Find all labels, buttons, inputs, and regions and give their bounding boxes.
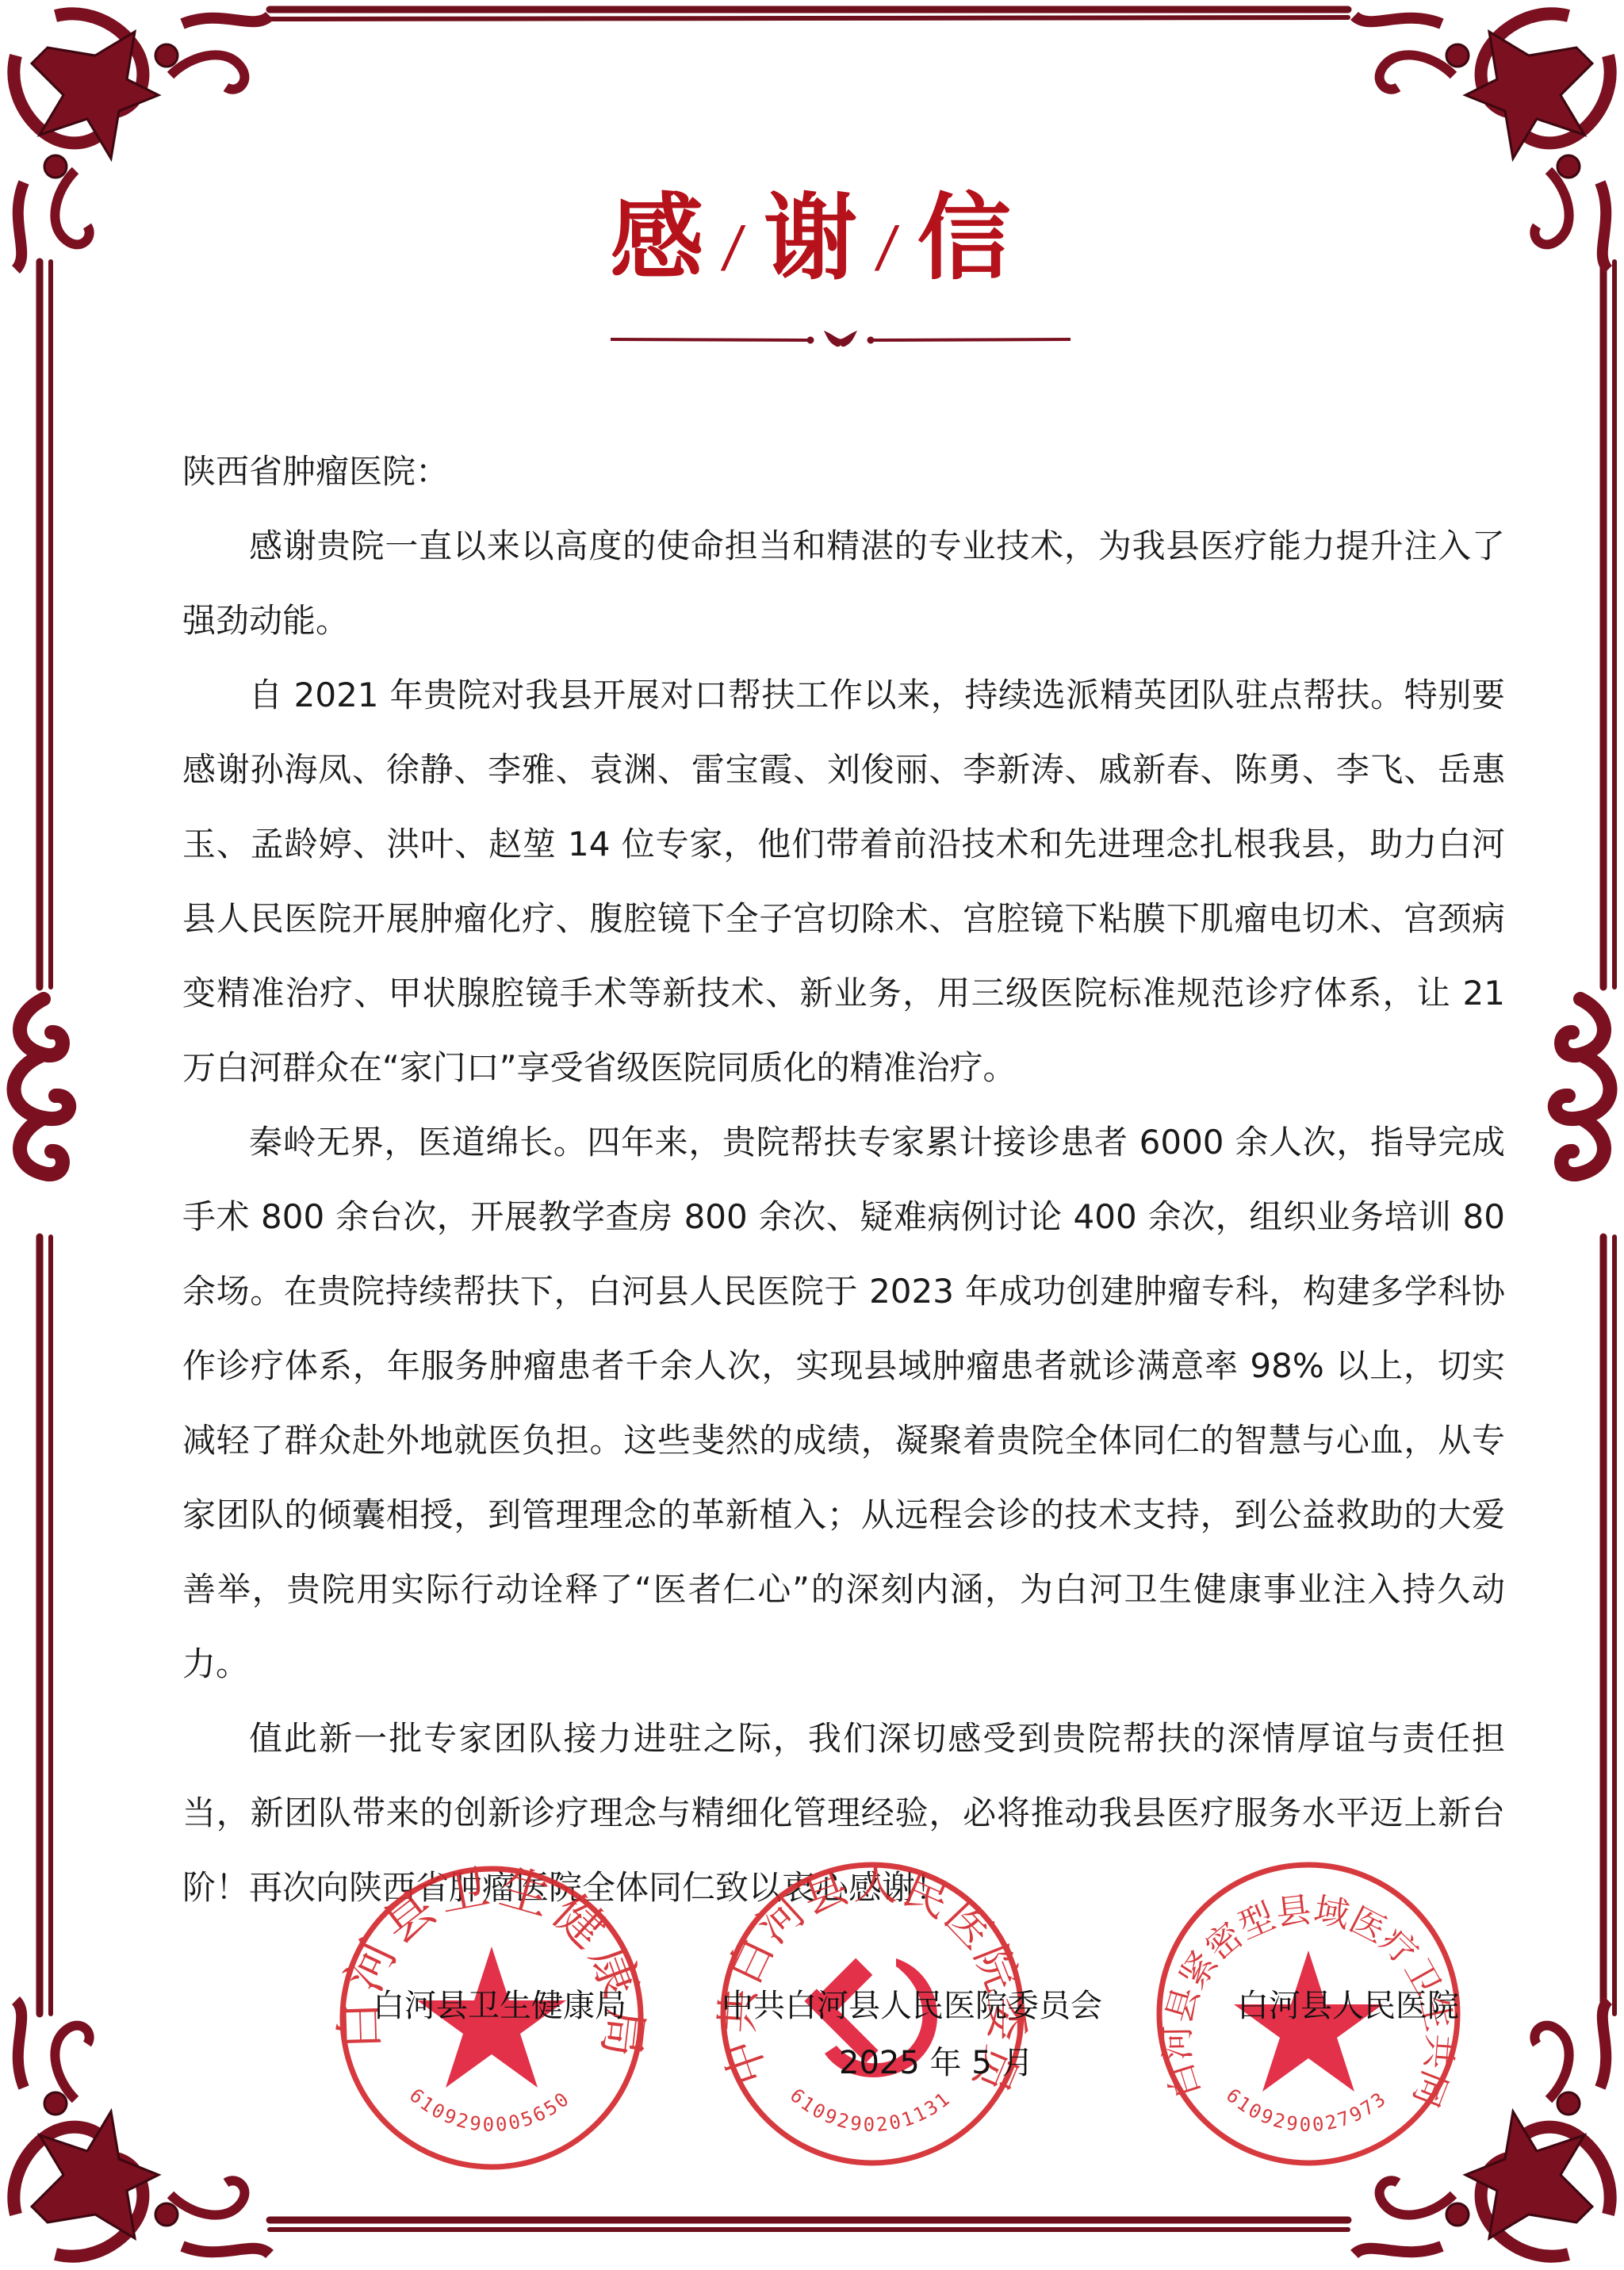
corner-ornament-bottom-left (13, 2000, 270, 2257)
paragraph-1: 感谢贵院一直以来以高度的使命担当和精湛的专业技术，为我县医疗能力提升注入了强劲动… (182, 509, 1505, 658)
title-char-1: 感 (610, 178, 707, 297)
signature-party-committee: 中共白河县人民医院委员会 (722, 1982, 1102, 2030)
signature-health-bureau: 白河县卫生健康局 (373, 1982, 626, 2030)
title-separator: / (869, 187, 908, 306)
title-separator: / (716, 187, 755, 306)
letter-title: 感/谢/信 (0, 178, 1624, 311)
paragraph-3: 秦岭无界，医道绵长。四年来，贵院帮扶专家累计接诊患者 6000 余人次，指导完成… (182, 1105, 1505, 1702)
side-scroll-left (14, 999, 70, 1174)
title-divider-ornament (611, 327, 1071, 352)
addressee: 陕西省肿瘤医院： (182, 434, 1505, 509)
title-char-2: 谢 (764, 178, 860, 297)
title-char-3: 信 (917, 178, 1014, 297)
seal-code: 6109290005650 (405, 2084, 575, 2136)
letter-body: 陕西省肿瘤医院： 感谢贵院一直以来以高度的使命担当和精湛的专业技术，为我县医疗能… (182, 434, 1505, 1925)
signature-row: 白河县卫生健康局 中共白河县人民医院委员会 白河县人民医院 (0, 1982, 1624, 2030)
letter-date: 2025 年 5 月 (839, 2039, 1033, 2087)
seal-code: 6109290201131 (786, 2084, 956, 2136)
paragraph-2: 自 2021 年贵院对我县开展对口帮扶工作以来，持续选派精英团队驻点帮扶。特别要… (182, 658, 1505, 1105)
signature-people-hospital: 白河县人民医院 (1237, 1982, 1459, 2030)
svg-text:6109290201131: 6109290201131 (786, 2084, 956, 2136)
side-scroll-right (1555, 999, 1611, 1174)
svg-text:6109290005650: 6109290005650 (405, 2084, 575, 2136)
svg-text:6109290027973: 6109290027973 (1222, 2084, 1392, 2136)
seal-code: 6109290027973 (1222, 2084, 1392, 2136)
